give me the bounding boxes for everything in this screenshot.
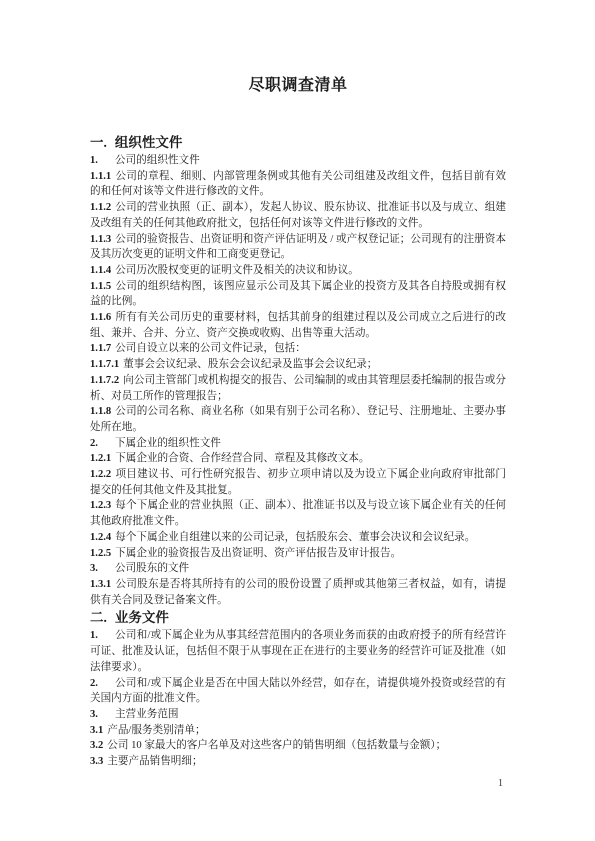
paragraph-text: 公司的验资报告、出资证明和资产评估证明及 / 或产权登记证；公司现有的注册资本及… [90,234,506,261]
list-paragraph: 1.3.1公司股东是否将其所持有的公司的股份设置了质押或其他第三者权益，如有，请… [90,577,506,608]
paragraph-text: 公司股东是否将其所持有的公司的股份设置了质押或其他第三者权益，如有，请提供有关合… [90,579,506,606]
paragraph-text: 公司的组织性文件 [115,155,200,166]
paragraph-text: 业务文件 [115,610,169,625]
item-number: 3. [90,709,98,720]
paragraph-text: 公司 10 家最大的客户名单及对这些客户的销售明细（包括数量与金额）； [107,740,446,751]
item-number: 1.2.1 [90,453,111,464]
list-paragraph: 1.1.6所有有关公司历史的重要材料，包括其前身的组建过程以及公司成立之后进行的… [90,310,506,341]
paragraph-text: 公司自设立以来的公司文件记录，包括： [115,343,306,354]
paragraph-text: 公司历次股权变更的证明文件及相关的决议和协议。 [115,265,359,276]
item-number: 2. [90,438,98,449]
paragraph-text: 公司的组织结构图，该图应显示公司及其下属企业的投资方及其各自持股或拥有权益的比例… [90,281,506,308]
list-paragraph: 1.公司的组织性文件 [90,153,506,169]
list-paragraph: 3.3主要产品销售明细； [90,754,506,770]
list-paragraph: 3.公司股东的文件 [90,561,506,577]
paragraph-text: 公司和/或下属企业是否在中国大陆以外经营，如存在，请提供境外投资或经营的有关国内… [90,678,506,705]
paragraph-text: 主要产品销售明细； [107,756,202,767]
item-number: 1.3.1 [90,579,111,590]
item-number: 1.2.2 [90,469,111,480]
item-number: 1.1.1 [90,171,111,182]
list-paragraph: 1.2.1下属企业的合资、合作经营合同、章程及其修改文本。 [90,451,506,467]
paragraph-text: 项目建议书、可行性研究报告、初步立项申请以及为设立下属企业向政府审批部门提交的任… [90,469,506,496]
paragraph-text: 产品/服务类别清单； [107,725,205,736]
item-number: 1.1.6 [90,312,111,323]
list-paragraph: 1.1.3公司的验资报告、出资证明和资产评估证明及 / 或产权登记证；公司现有的… [90,232,506,263]
section-heading: 一.组织性文件 [90,133,506,153]
paragraph-text: 主营业务范围 [115,709,179,720]
item-number: 1. [90,155,98,166]
paragraph-text: 董事会会议纪录、股东会会议纪录及监事会会议纪录； [123,359,377,370]
item-number: 3. [90,563,98,574]
list-paragraph: 1.2.3每个下属企业的营业执照（正、副本）、批准证书以及与设立该下属企业有关的… [90,498,506,529]
item-number: 3.2 [90,740,103,751]
list-paragraph: 2.公司和/或下属企业是否在中国大陆以外经营，如存在，请提供境外投资或经营的有关… [90,676,506,707]
item-number: 1.2.5 [90,548,111,559]
paragraph-text: 所有有关公司历史的重要材料，包括其前身的组建过程以及公司成立之后进行的改组、兼并… [90,312,506,339]
section-heading: 二.业务文件 [90,608,506,628]
list-paragraph: 1.1.7.2向公司主管部门或机构提交的报告、公司编制的或由其管理层委托编制的报… [90,373,506,404]
page-number: 1 [0,777,503,790]
list-paragraph: 2.下属企业的组织性文件 [90,436,506,452]
item-number: 1.1.3 [90,234,111,245]
paragraph-text: 公司的营业执照（正、副本），发起人协议、股东协议、批准证书以及与成立、组建及改组… [90,202,506,229]
list-paragraph: 1.公司和/或下属企业为从事其经营范围内的各项业务而获的由政府授予的所有经营许可… [90,628,506,675]
item-number: 1.1.4 [90,265,111,276]
paragraph-text: 组织性文件 [115,135,183,150]
item-number: 1.1.7.1 [90,359,119,370]
paragraph-text: 公司股东的文件 [115,563,189,574]
list-paragraph: 3.2公司 10 家最大的客户名单及对这些客户的销售明细（包括数量与金额）； [90,738,506,754]
item-number: 二. [90,610,107,625]
list-paragraph: 3.1产品/服务类别清单； [90,723,506,739]
paragraph-text: 每个下属企业自组建以来的公司记录，包括股东会、董事会决议和会议纪录。 [115,532,475,543]
document-title: 尽职调查清单 [90,75,506,96]
paragraph-text: 下属企业的组织性文件 [115,438,221,449]
item-number: 一. [90,135,107,150]
list-paragraph: 3.主营业务范围 [90,707,506,723]
list-paragraph: 1.1.2公司的营业执照（正、副本），发起人协议、股东协议、批准证书以及与成立、… [90,200,506,231]
item-number: 3.1 [90,725,103,736]
item-number: 1.1.7 [90,343,111,354]
document-body: 一.组织性文件1.公司的组织性文件1.1.1公司的章程、细则、内部管理条例或其他… [90,133,506,770]
paragraph-text: 公司的章程、细则、内部管理条例或其他有关公司组建及改组文件，包括目前有效的和任何… [90,171,506,198]
item-number: 1.1.7.2 [90,375,119,386]
item-number: 1.2.3 [90,500,111,511]
list-paragraph: 1.1.4公司历次股权变更的证明文件及相关的决议和协议。 [90,263,506,279]
paragraph-text: 每个下属企业的营业执照（正、副本）、批准证书以及与设立该下属企业有关的任何其他政… [90,500,506,527]
list-paragraph: 1.2.4每个下属企业自组建以来的公司记录，包括股东会、董事会决议和会议纪录。 [90,530,506,546]
paragraph-text: 下属企业的验资报告及出资证明、资产评估报告及审计报告。 [115,548,401,559]
list-paragraph: 1.1.7.1董事会会议纪录、股东会会议纪录及监事会会议纪录； [90,357,506,373]
item-number: 3.3 [90,756,103,767]
list-paragraph: 1.1.8公司的公司名称、商业名称（如果有别于公司名称）、登记号、注册地址、主要… [90,404,506,435]
list-paragraph: 1.1.7公司自设立以来的公司文件记录，包括： [90,341,506,357]
item-number: 2. [90,678,98,689]
item-number: 1.1.2 [90,202,111,213]
paragraph-text: 公司的公司名称、商业名称（如果有别于公司名称）、登记号、注册地址、主要办事处所在… [90,406,506,433]
paragraph-text: 向公司主管部门或机构提交的报告、公司编制的或由其管理层委托编制的报告或分析、对员… [90,375,506,402]
item-number: 1.1.5 [90,281,111,292]
paragraph-text: 公司和/或下属企业为从事其经营范围内的各项业务而获的由政府授予的所有经营许可证、… [90,630,506,672]
list-paragraph: 1.1.5公司的组织结构图，该图应显示公司及其下属企业的投资方及其各自持股或拥有… [90,279,506,310]
item-number: 1.1.8 [90,406,111,417]
list-paragraph: 1.2.2项目建议书、可行性研究报告、初步立项申请以及为设立下属企业向政府审批部… [90,467,506,498]
item-number: 1. [90,630,98,641]
paragraph-text: 下属企业的合资、合作经营合同、章程及其修改文本。 [115,453,369,464]
document-page: 尽职调查清单 一.组织性文件1.公司的组织性文件1.1.1公司的章程、细则、内部… [0,0,595,841]
list-paragraph: 1.1.1公司的章程、细则、内部管理条例或其他有关公司组建及改组文件，包括目前有… [90,169,506,200]
item-number: 1.2.4 [90,532,111,543]
list-paragraph: 1.2.5下属企业的验资报告及出资证明、资产评估报告及审计报告。 [90,546,506,562]
